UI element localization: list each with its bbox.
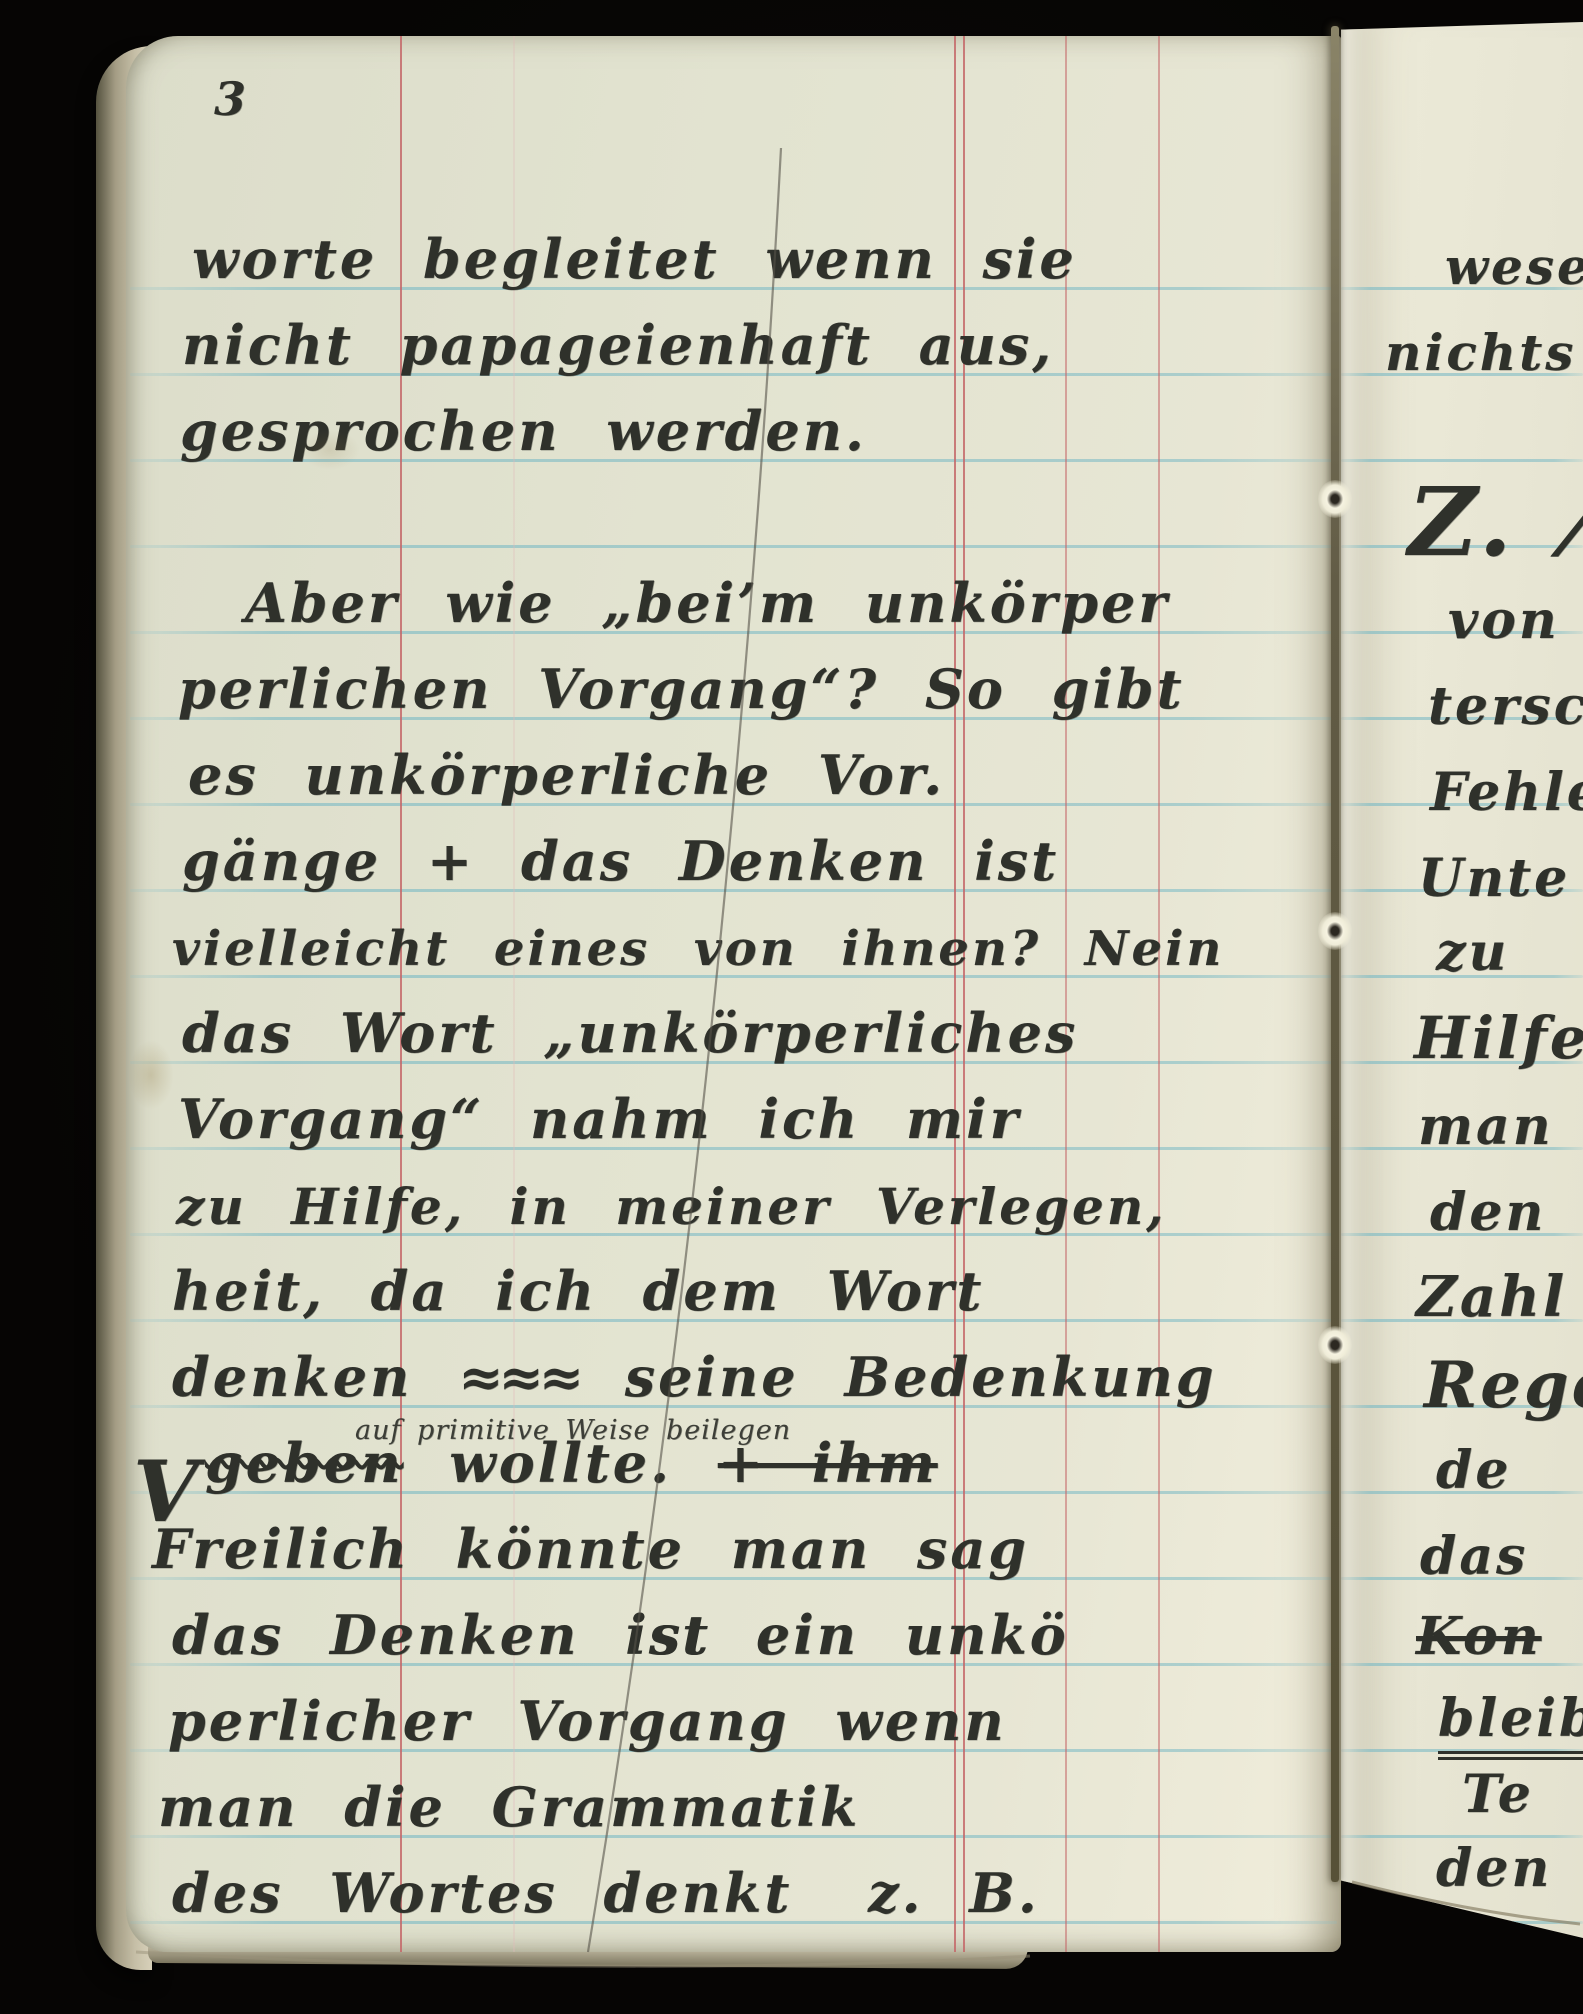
left-page-handwritten-line: Aber wie „bei’m unkörper <box>245 571 1170 635</box>
left-page-handwritten-line: denken ≈≈≈ seine Bedenkung <box>172 1345 1217 1409</box>
handwritten-text: bleib <box>1438 1688 1583 1749</box>
handwritten-text: heit, da ich dem Wort <box>172 1259 984 1323</box>
right-page-handwritten-line: Hilfe <box>1414 1004 1583 1072</box>
handwritten-text: Zahl <box>1416 1264 1567 1330</box>
left-page-handwritten-line: das Denken ist ein unkö <box>172 1603 1069 1667</box>
right-page-handwritten-line: Rege <box>1424 1348 1583 1423</box>
binding-fold <box>1331 26 1339 1882</box>
left-page-handwritten-line: worte begleitet wenn sie <box>192 227 1077 291</box>
handwritten-text: Kon <box>1416 1606 1542 1667</box>
left-page-handwritten-line: das Wort „unkörperliches <box>182 1001 1078 1065</box>
handwritten-text: Unte <box>1418 848 1570 909</box>
right-page-handwritten-line: nichts <box>1385 323 1576 382</box>
page-number: 3 <box>214 72 249 126</box>
right-page-handwritten-line: wese <box>1445 237 1583 296</box>
right-page-handwritten-line: Fehle <box>1430 762 1583 823</box>
ruled-line <box>1341 459 1583 462</box>
right-page-handwritten-line: das <box>1420 1526 1528 1587</box>
left-page-handwritten-line: gänge + das Denken ist <box>182 829 1059 893</box>
left-page-handwritten-line: zu Hilfe, in meiner Verlegen, <box>176 1177 1167 1236</box>
right-page-handwritten-line: den <box>1436 1838 1552 1899</box>
handwritten-text: gänge + das Denken ist <box>182 829 1059 893</box>
handwritten-text: vielleicht eines von ihnen? Nein <box>172 921 1224 977</box>
right-page-handwritten-line: man <box>1418 1096 1554 1157</box>
right-page-handwritten-line: Unte <box>1418 848 1570 909</box>
right-page-handwritten-line: Zahl <box>1416 1264 1567 1330</box>
left-page-handwritten-line: man die Grammatik <box>158 1775 860 1839</box>
handwritten-text: geben <box>205 1431 404 1495</box>
handwritten-text: zu Hilfe, in meiner Verlegen, <box>176 1177 1167 1236</box>
right-page-handwritten-line: Z. ⁄ <box>1408 467 1583 578</box>
handwritten-text: gesprochen werden. <box>180 399 867 463</box>
left-page-handwritten-line: Vorgang“ nahm ich mir <box>178 1087 1021 1151</box>
handwritten-text: zu <box>1436 922 1509 983</box>
left-page-handwritten-line: perlichen Vorgang“? So gibt <box>178 657 1185 721</box>
handwritten-text: nichts <box>1385 323 1576 382</box>
handwritten-text: ist <box>625 1603 710 1667</box>
right-page-handwritten-line: bleib <box>1438 1688 1583 1760</box>
handwritten-text: Fehle <box>1430 762 1583 823</box>
handwritten-text: tersch <box>1428 676 1583 737</box>
handwritten-text: Vorgang“ nahm ich mir <box>178 1087 1021 1151</box>
stitch-hole <box>1318 1326 1352 1364</box>
handwritten-text: perlichen Vorgang“? So gibt <box>178 657 1185 721</box>
right-page-handwritten-line: de <box>1436 1440 1511 1501</box>
handwritten-text: seine Bedenkung <box>579 1345 1217 1409</box>
handwritten-text: des Wortes denkt <box>172 1861 792 1925</box>
handwritten-text: z. B. <box>868 1861 1040 1925</box>
handwritten-text: den <box>1430 1182 1546 1243</box>
right-page-handwritten-line: von <box>1448 590 1560 651</box>
handwritten-text: denken <box>172 1345 458 1409</box>
handwritten-text: perlicher Vorgang wenn <box>168 1689 1007 1753</box>
handwritten-text: wese <box>1445 237 1583 296</box>
left-page-handwritten-line: es unkörperliche Vor. <box>188 743 945 807</box>
left-page-handwritten-line: Freilich könnte man sag <box>152 1517 1029 1581</box>
handwritten-text: nicht papageienhaft aus, <box>182 313 1054 377</box>
handwritten-text: Aber wie „bei’m unkörper <box>245 571 1170 635</box>
handwritten-text: das <box>1420 1526 1528 1587</box>
ruled-line <box>130 545 1337 548</box>
handwritten-text: Hilfe <box>1414 1004 1583 1072</box>
stitch-hole <box>1318 480 1352 518</box>
handwritten-text: man <box>1418 1096 1554 1157</box>
stitch-hole <box>1318 912 1352 950</box>
left-page-handwritten-line: perlicher Vorgang wenn <box>168 1689 1007 1753</box>
handwritten-text: Freilich könnte man sag <box>152 1517 1029 1581</box>
handwritten-text: den <box>1436 1838 1552 1899</box>
handwritten-text: + ihm <box>718 1431 938 1495</box>
right-page-handwritten-line: Te <box>1462 1764 1534 1825</box>
left-page-handwritten-line: geben wollte. + ihm <box>205 1431 938 1495</box>
handwritten-text: Rege <box>1424 1348 1583 1423</box>
left-page-handwritten-line: heit, da ich dem Wort <box>172 1259 984 1323</box>
handwritten-text: man die Grammatik <box>158 1775 860 1839</box>
handwritten-text: von <box>1448 590 1560 651</box>
handwritten-text: es unkörperliche Vor. <box>188 743 945 807</box>
handwritten-text: Z. ⁄ <box>1408 467 1583 578</box>
handwritten-text: ≈≈≈ <box>458 1345 579 1409</box>
left-page-handwritten-line: des Wortes denkt <box>172 1861 792 1925</box>
handwritten-text: de <box>1436 1440 1511 1501</box>
right-page-handwritten-line: Kon <box>1416 1606 1542 1667</box>
handwritten-text: worte begleitet wenn sie <box>192 227 1077 291</box>
notebook-photo: 3 worte begleitet wenn sienicht papageie… <box>0 0 1583 2014</box>
handwritten-text: das Denken <box>172 1603 625 1667</box>
left-page-handwritten-line: vielleicht eines von ihnen? Nein <box>172 921 1224 977</box>
handwritten-text: wollte. <box>404 1431 718 1495</box>
right-page-handwritten-line: zu <box>1436 922 1509 983</box>
handwritten-text: das Wort „unkörperliches <box>182 1001 1078 1065</box>
left-page-handwritten-line: nicht papageienhaft aus, <box>182 313 1054 377</box>
right-page-handwritten-line: tersch <box>1428 676 1583 737</box>
handwritten-text: ein unkö <box>710 1603 1069 1667</box>
right-page-handwritten-line: den <box>1430 1182 1546 1243</box>
handwritten-text: Te <box>1462 1764 1534 1825</box>
left-page-handwritten-line: gesprochen werden. <box>180 399 867 463</box>
ruled-line <box>1341 1921 1583 1924</box>
red-margin-line <box>1158 36 1160 1952</box>
left-page-handwritten-line: z. B. <box>868 1861 1040 1925</box>
